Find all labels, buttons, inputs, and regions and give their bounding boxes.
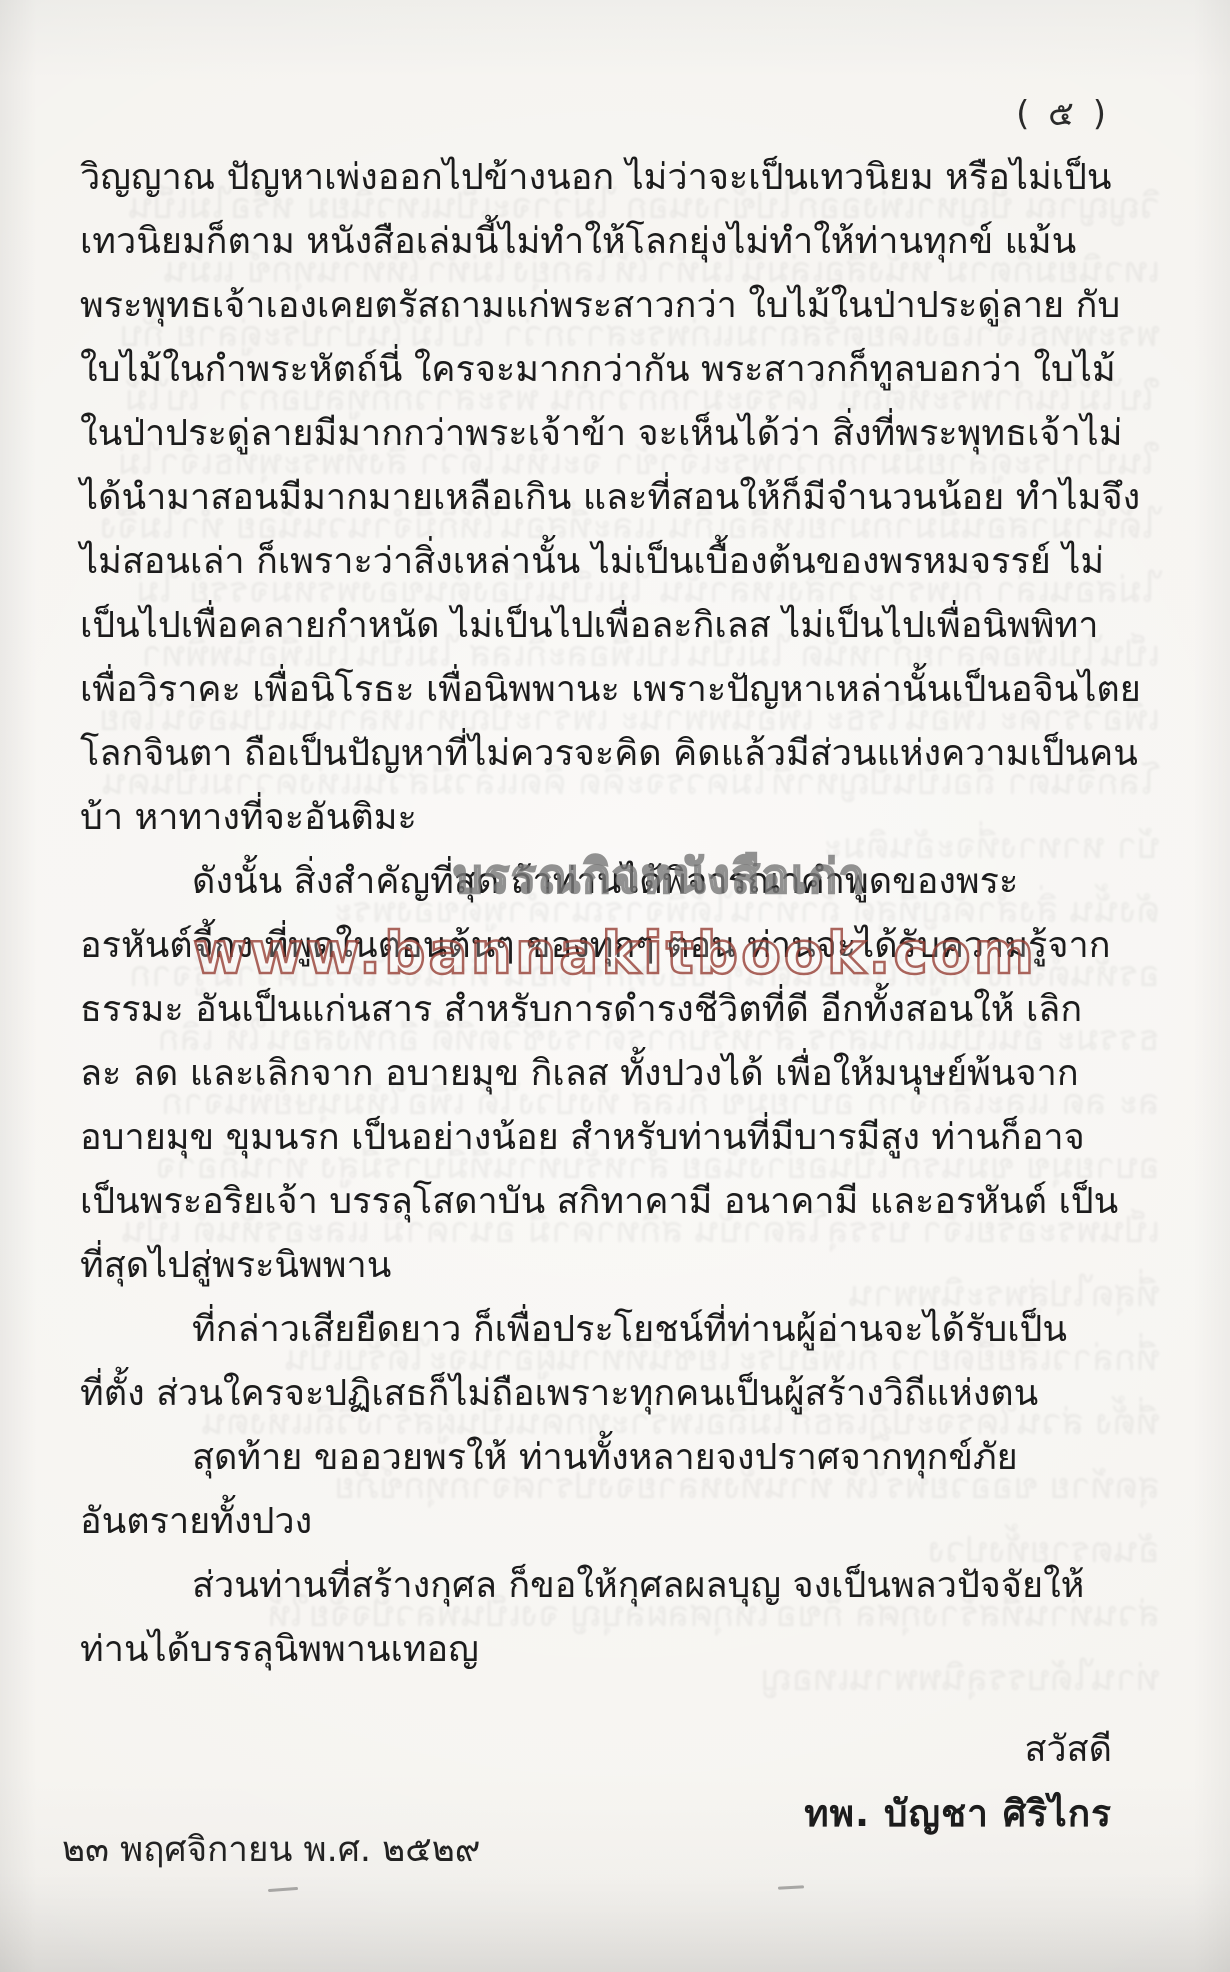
text-line: สุดท้าย ขออวยพรให้ ท่านทั้งหลายจงปราศจาก…	[80, 1426, 1156, 1490]
scan-artifact	[268, 1887, 298, 1892]
paragraph-4: สุดท้าย ขออวยพรให้ ท่านทั้งหลายจงปราศจาก…	[80, 1426, 1156, 1554]
paragraph-1: วิญญาณ ปัญหาเพ่งออกไปข้างนอก ไม่ว่าจะเป็…	[80, 146, 1156, 850]
text-line: ดังนั้น สิ่งสำคัญที่สุด ถ้าท่านได้พิจารณ…	[80, 850, 1156, 914]
text-line: ที่ตั้ง ส่วนใครจะปฏิเสธก็ไม่ถือเพราะทุกค…	[80, 1362, 1156, 1426]
paragraph-5: ส่วนท่านที่สร้างกุศล ก็ขอให้กุศลผลบุญ จง…	[80, 1554, 1156, 1682]
paragraph-3: ที่กล่าวเสียยืดยาว ก็เพื่อประโยชน์ที่ท่า…	[80, 1298, 1156, 1426]
text-line: ส่วนท่านที่สร้างกุศล ก็ขอให้กุศลผลบุญ จง…	[80, 1554, 1156, 1618]
text-line: วิญญาณ ปัญหาเพ่งออกไปข้างนอก ไม่ว่าจะเป็…	[80, 146, 1156, 210]
text-line: ละ ลด และเลิกจาก อบายมุข กิเลส ทั้งปวงได…	[80, 1042, 1156, 1106]
text-line: เป็นพระอริยเจ้า บรรลุโสดาบัน สกิทาคามี อ…	[80, 1170, 1156, 1234]
text-line: ใบไม้ในกำพระหัตถ์นี่ ใครจะมากกว่ากัน พระ…	[80, 338, 1156, 402]
body-text-block: วิญญาณ ปัญหาเพ่งออกไปข้างนอก ไม่ว่าจะเป็…	[80, 146, 1156, 1846]
text-line: พระพุทธเจ้าเองเคยตรัสถามแก่พระสาวกว่า ใบ…	[80, 274, 1156, 338]
text-line: ท่านได้บรรลุนิพพานเทอญ	[80, 1618, 1156, 1682]
scan-artifact	[778, 1885, 804, 1889]
text-line: ที่สุดไปสู่พระนิพพาน	[80, 1234, 1156, 1298]
text-line: อบายมุข ขุมนรก เป็นอย่างน้อย สำหรับท่านท…	[80, 1106, 1156, 1170]
text-line: เป็นไปเพื่อคลายกำหนัด ไม่เป็นไปเพื่อละกิ…	[80, 594, 1156, 658]
text-line: อันตรายทั้งปวง	[80, 1490, 1156, 1554]
text-line: ที่กล่าวเสียยืดยาว ก็เพื่อประโยชน์ที่ท่า…	[80, 1298, 1156, 1362]
text-line: เทวนิยมก็ตาม หนังสือเล่มนี้ไม่ทำให้โลกยุ…	[80, 210, 1156, 274]
text-line: ธรรมะ อันเป็นแก่นสาร สำหรับการดำรงชีวิตท…	[80, 978, 1156, 1042]
text-line: บ้า หาทางที่จะอันติมะ	[80, 786, 1156, 850]
date-line: ๒๓ พฤศจิกายน พ.ศ. ๒๕๒๙	[62, 1822, 480, 1877]
paragraph-2: ดังนั้น สิ่งสำคัญที่สุด ถ้าท่านได้พิจารณ…	[80, 850, 1156, 1298]
text-line: อรหันต์จี้กง ที่พูดในตอนต้นๆ ของทุกๆ ตอน…	[80, 914, 1156, 978]
text-line: ในป่าประดู่ลายมีมากกว่าพระเจ้าข้า จะเห็น…	[80, 402, 1156, 466]
text-line: ไม่สอนเล่า ก็เพราะว่าสิ่งเหล่านั้น ไม่เป…	[80, 530, 1156, 594]
text-line: โลกจินตา ถือเป็นปัญหาที่ไม่ควรจะคิด คิดแ…	[80, 722, 1156, 786]
text-line: เพื่อวิราคะ เพื่อนิโรธะ เพื่อนิพพานะ เพร…	[80, 658, 1156, 722]
page-number: ( ๕ )	[1016, 86, 1110, 140]
text-line: ได้นำมาสอนมีมากมายเหลือเกิน และที่สอนให้…	[80, 466, 1156, 530]
scanned-book-page: วิญญาณ ปัญหาเพ่งออกไปข้างนอก ไม่ว่าจะเป็…	[0, 0, 1230, 1972]
closing-salutation: สวัสดี	[80, 1718, 1112, 1782]
